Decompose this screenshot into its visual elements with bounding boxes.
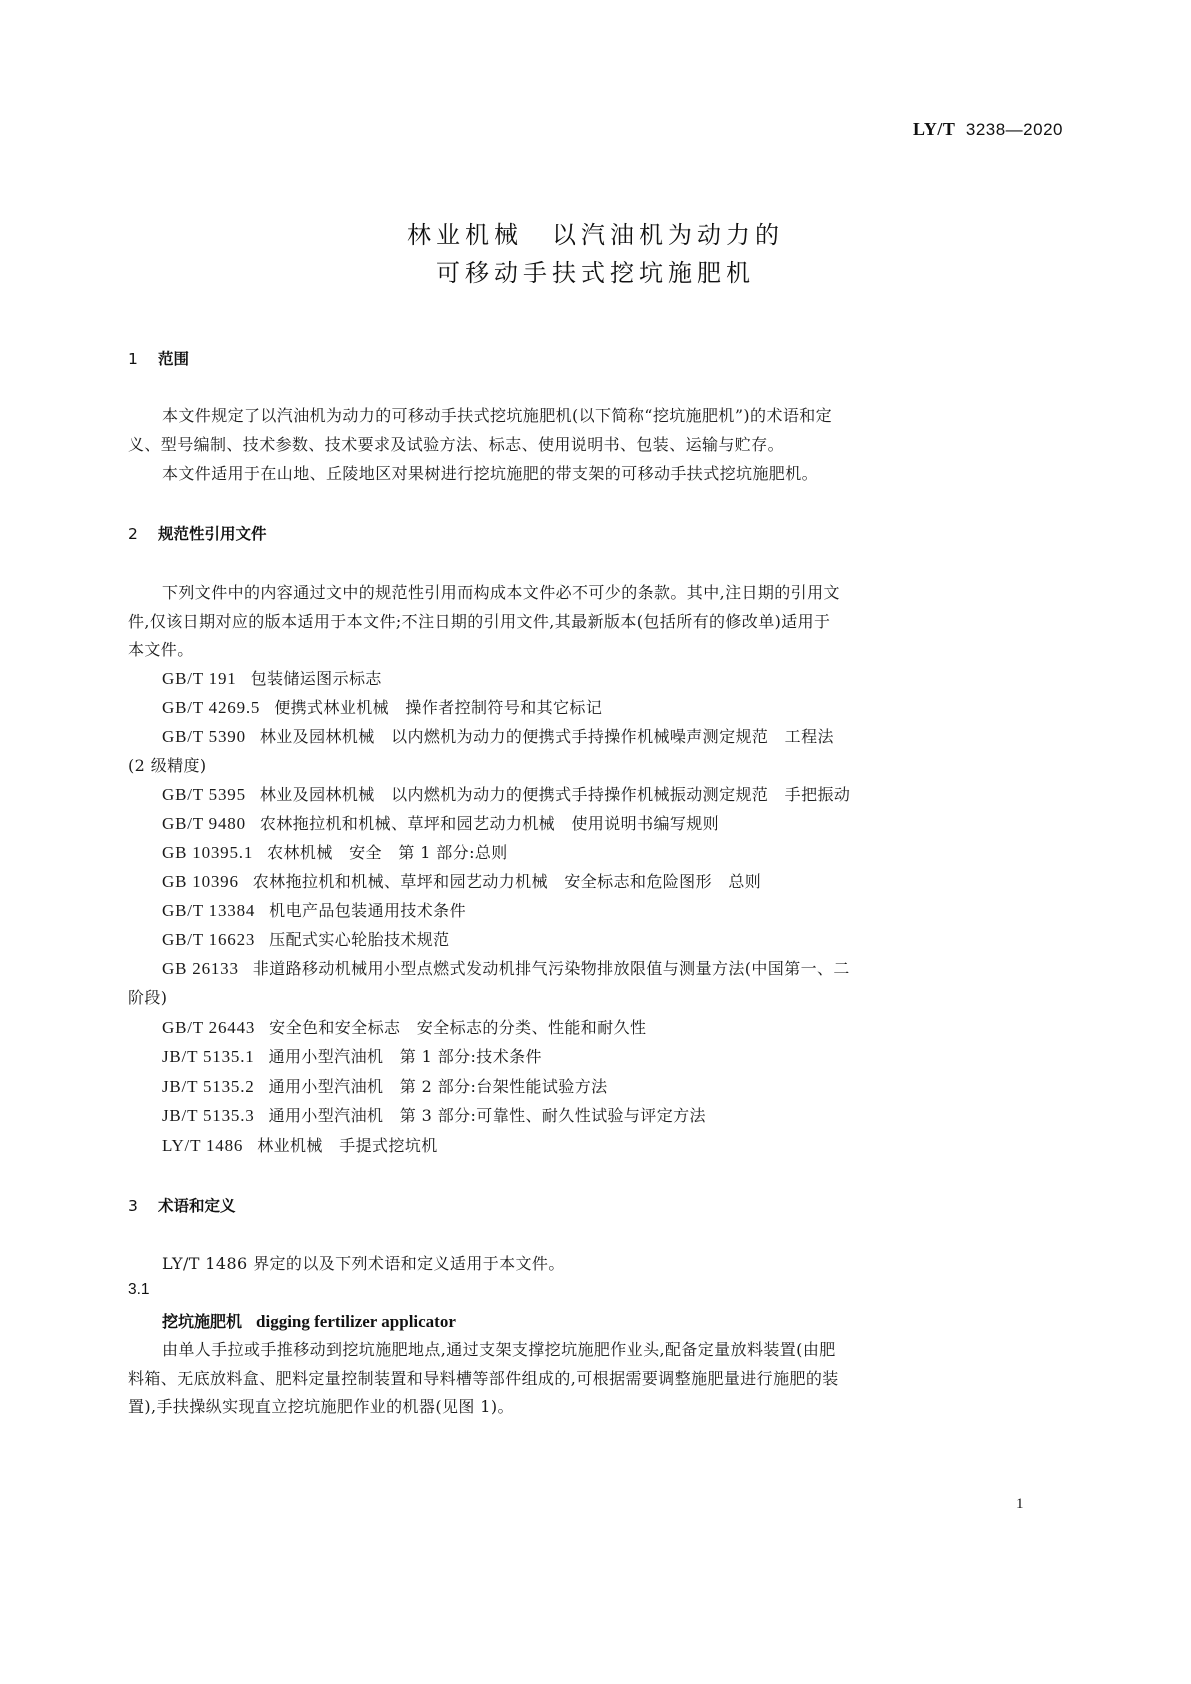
section-title: 范围: [158, 350, 189, 368]
reference-code: GB/T 26443: [162, 1018, 255, 1037]
reference-code: LY/T 1486: [162, 1136, 243, 1155]
reference-title: 林业及园林机械 以内燃机为动力的便携式手持操作机械振动测定规范 手把振动: [260, 785, 850, 804]
reference-code: GB/T 5395: [162, 785, 246, 804]
paragraph-line: 本文件适用于在山地、丘陵地区对果树进行挖坑施肥的带支架的可移动手扶式挖坑施肥机。: [162, 461, 818, 484]
paragraph-line: 本文件规定了以汽油机为动力的可移动手扶式挖坑施肥机(以下简称“挖坑施肥机”)的术…: [162, 403, 832, 426]
reference-title: 机电产品包装通用技术条件: [269, 901, 466, 920]
reference-continuation: 阶段): [128, 985, 167, 1008]
reference-title: 农林拖拉机和机械、草坪和园艺动力机械 安全标志和危险图形 总则: [253, 872, 761, 891]
reference-continuation: (2 级精度): [128, 753, 207, 776]
reference-item: GB/T 4269.5便携式林业机械 操作者控制符号和其它标记: [162, 695, 602, 718]
definition-line: 料箱、无底放料盒、肥料定量控制装置和导料槽等部件组成的,可根据需要调整施肥量进行…: [128, 1366, 839, 1389]
section-number: 2: [128, 525, 158, 543]
reference-code: JB/T 5135.3: [162, 1106, 255, 1125]
paragraph-line: 本文件。: [128, 637, 194, 660]
reference-item: GB/T 13384机电产品包装通用技术条件: [162, 898, 466, 921]
reference-code: JB/T 5135.1: [162, 1047, 255, 1066]
reference-item: GB/T 26443安全色和安全标志 安全标志的分类、性能和耐久性: [162, 1015, 646, 1038]
document-title-line-2: 可移动手扶式挖坑施肥机: [0, 253, 1191, 288]
section-heading-normative-references: 2规范性引用文件: [128, 522, 267, 544]
reference-title: 安全色和安全标志 安全标志的分类、性能和耐久性: [269, 1018, 646, 1037]
term-chinese: 挖坑施肥机: [162, 1312, 242, 1331]
term-entry: 挖坑施肥机digging fertilizer applicator: [162, 1309, 456, 1332]
clause-number: 3.1: [128, 1281, 150, 1299]
section-number: 3: [128, 1197, 158, 1215]
document-title-line-1: 林业机械 以汽油机为动力的: [0, 215, 1191, 250]
paragraph-line: LY/T 1486 界定的以及下列术语和定义适用于本文件。: [162, 1251, 565, 1274]
page-number: 1: [1016, 1496, 1024, 1513]
reference-title: 农林拖拉机和机械、草坪和园艺动力机械 使用说明书编写规则: [260, 814, 719, 833]
reference-title: 便携式林业机械 操作者控制符号和其它标记: [274, 698, 602, 717]
reference-item: GB 10396农林拖拉机和机械、草坪和园艺动力机械 安全标志和危险图形 总则: [162, 869, 761, 892]
section-heading-scope: 1范围: [128, 347, 189, 369]
reference-item: GB 26133非道路移动机械用小型点燃式发动机排气污染物排放限值与测量方法(中…: [162, 956, 850, 979]
reference-code: GB 10395.1: [162, 843, 253, 862]
section-title: 规范性引用文件: [158, 525, 267, 543]
reference-title: 林业机械 手提式挖坑机: [257, 1136, 437, 1155]
standard-prefix: LY/T: [913, 119, 955, 139]
reference-title: 包装储运图示标志: [251, 669, 382, 688]
section-heading-terms-definitions: 3术语和定义: [128, 1194, 236, 1216]
section-number: 1: [128, 350, 158, 368]
reference-item: LY/T 1486林业机械 手提式挖坑机: [162, 1133, 438, 1156]
reference-code: JB/T 5135.2: [162, 1077, 255, 1096]
paragraph-line: 件,仅该日期对应的版本适用于本文件;不注日期的引用文件,其最新版本(包括所有的修…: [128, 609, 830, 632]
standard-code: LY/T 3238—2020: [913, 119, 1063, 140]
reference-item: GB/T 5390林业及园林机械 以内燃机为动力的便携式手持操作机械噪声测定规范…: [162, 724, 834, 747]
reference-item: GB/T 5395林业及园林机械 以内燃机为动力的便携式手持操作机械振动测定规范…: [162, 782, 850, 805]
reference-title: 农林机械 安全 第 1 部分:总则: [267, 843, 508, 862]
reference-item: JB/T 5135.1通用小型汽油机 第 1 部分:技术条件: [162, 1044, 542, 1067]
document-page: LY/T 3238—2020 林业机械 以汽油机为动力的 可移动手扶式挖坑施肥机…: [0, 0, 1191, 1684]
paragraph-line: 下列文件中的内容通过文中的规范性引用而构成本文件必不可少的条款。其中,注日期的引…: [162, 580, 840, 603]
reference-item: GB 10395.1农林机械 安全 第 1 部分:总则: [162, 840, 508, 863]
reference-code: GB/T 9480: [162, 814, 246, 833]
reference-title: 非道路移动机械用小型点燃式发动机排气污染物排放限值与测量方法(中国第一、二: [253, 959, 850, 978]
reference-item: GB/T 191包装储运图示标志: [162, 666, 382, 689]
paragraph-line: 义、型号编制、技术参数、技术要求及试验方法、标志、使用说明书、包装、运输与贮存。: [128, 432, 784, 455]
reference-item: JB/T 5135.3通用小型汽油机 第 3 部分:可靠性、耐久性试验与评定方法: [162, 1103, 706, 1126]
reference-title: 通用小型汽油机 第 2 部分:台架性能试验方法: [269, 1077, 608, 1096]
reference-code: GB/T 16623: [162, 930, 255, 949]
standard-number: 3238—2020: [966, 120, 1063, 139]
reference-code: GB/T 5390: [162, 727, 246, 746]
reference-title: 通用小型汽油机 第 1 部分:技术条件: [269, 1047, 542, 1066]
reference-item: JB/T 5135.2通用小型汽油机 第 2 部分:台架性能试验方法: [162, 1074, 608, 1097]
reference-title: 通用小型汽油机 第 3 部分:可靠性、耐久性试验与评定方法: [269, 1106, 706, 1125]
reference-code: GB/T 13384: [162, 901, 255, 920]
reference-code: GB/T 4269.5: [162, 698, 260, 717]
reference-title: 压配式实心轮胎技术规范: [269, 930, 449, 949]
definition-line: 置),手扶操纵实现直立挖坑施肥作业的机器(见图 1)。: [128, 1394, 514, 1417]
reference-code: GB/T 191: [162, 669, 237, 688]
reference-code: GB 26133: [162, 959, 239, 978]
reference-item: GB/T 16623压配式实心轮胎技术规范: [162, 927, 450, 950]
section-title: 术语和定义: [158, 1197, 236, 1215]
definition-line: 由单人手拉或手推移动到挖坑施肥地点,通过支架支撑挖坑施肥作业头,配备定量放料装置…: [162, 1337, 836, 1360]
reference-item: GB/T 9480农林拖拉机和机械、草坪和园艺动力机械 使用说明书编写规则: [162, 811, 719, 834]
reference-title: 林业及园林机械 以内燃机为动力的便携式手持操作机械噪声测定规范 工程法: [260, 727, 834, 746]
reference-code: GB 10396: [162, 872, 239, 891]
term-english: digging fertilizer applicator: [256, 1312, 456, 1331]
